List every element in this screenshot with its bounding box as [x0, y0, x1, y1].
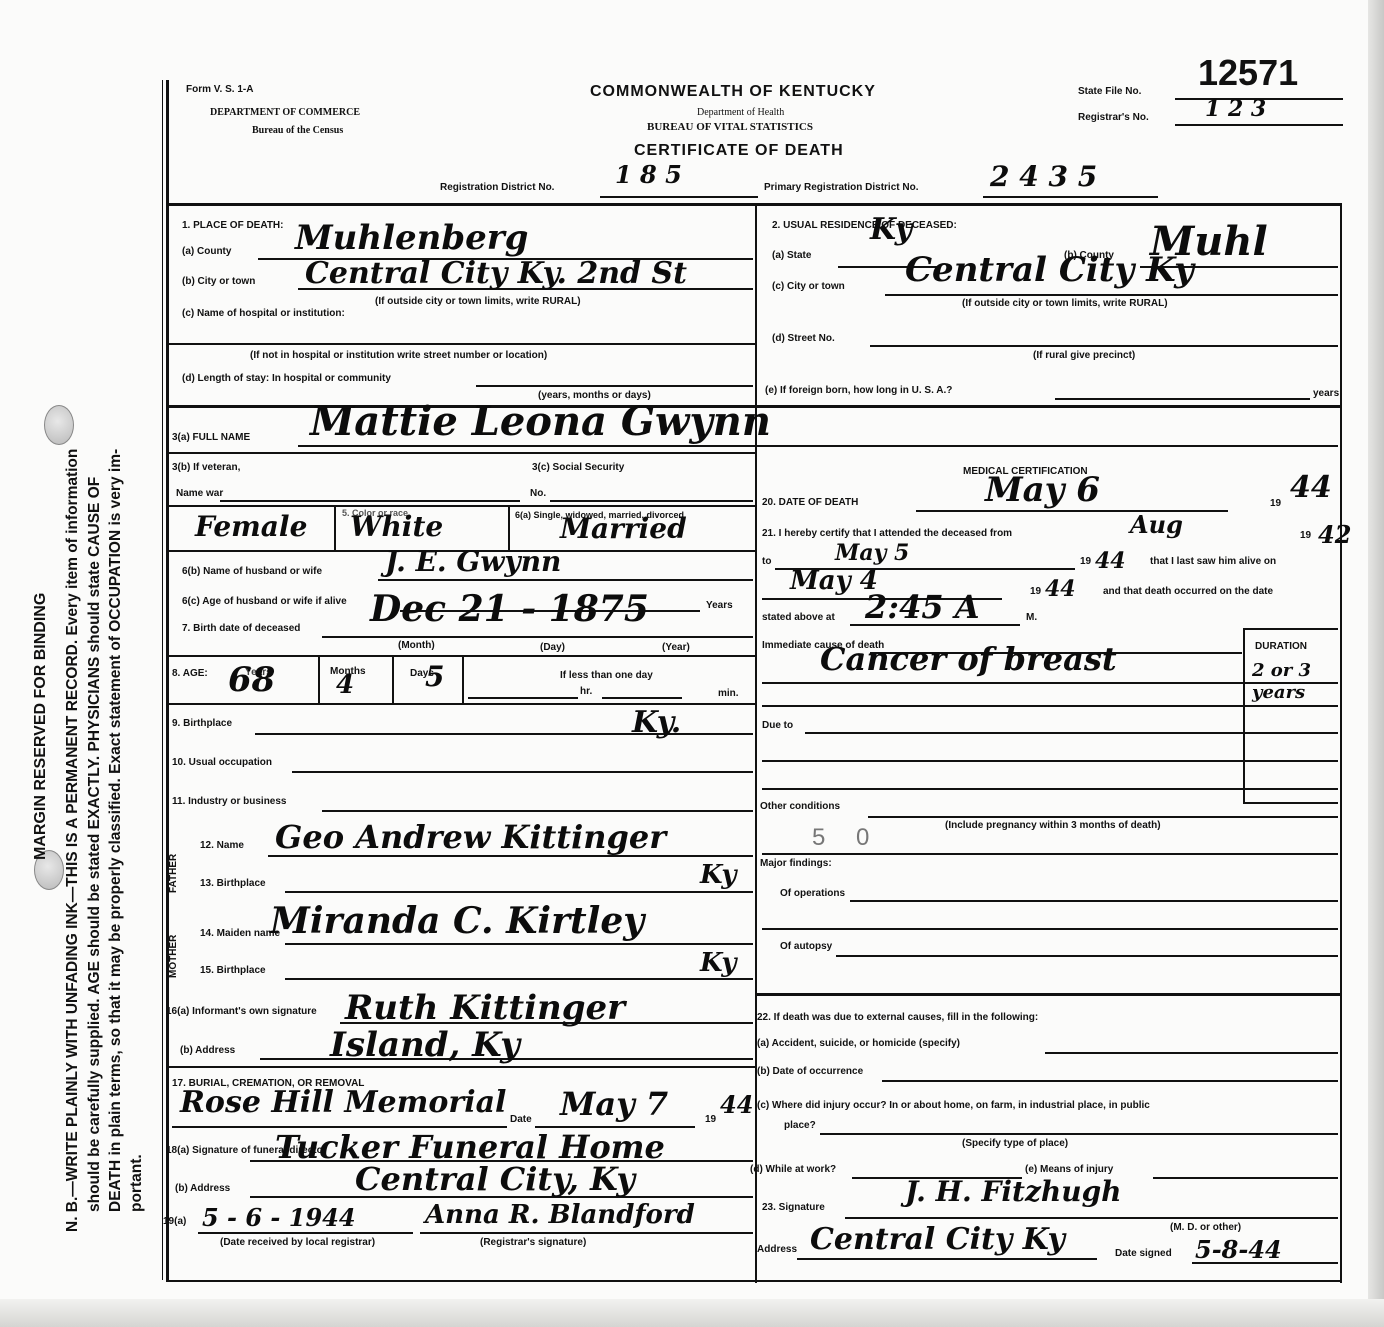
father-birthplace-label: 13. Birthplace: [200, 878, 266, 889]
margin-instruction-4: portant.: [128, 1154, 146, 1212]
registration-district-line: [600, 196, 758, 198]
father-birthplace-line: [285, 891, 753, 893]
foreign-born-label: (e) If foreign born, how long in U. S. A…: [765, 385, 952, 396]
full-name-line: [298, 445, 1338, 447]
full-name-value: Mattie Leona Gwynn: [310, 398, 771, 445]
bureau-census: Bureau of the Census: [252, 125, 343, 136]
margin-instruction-1: N. B.—WRITE PLAINLY WITH UNFADING INK—TH…: [64, 449, 82, 1232]
operations-line: [850, 900, 1338, 902]
street-number-note: (If rural give precinct): [1033, 350, 1135, 361]
father-name-value: Geo Andrew Kittinger: [275, 818, 666, 856]
attended-from-year: 42: [1318, 520, 1351, 549]
spouse-label: 6(b) Name of husband or wife: [182, 566, 322, 577]
marital-status-value: Married: [560, 512, 687, 545]
ss-number-label: No.: [530, 488, 546, 499]
bureau-vital-statistics: BUREAU OF VITAL STATISTICS: [647, 121, 813, 133]
spouse-age-unit: Years: [706, 600, 733, 611]
other-conditions-line: [868, 816, 1338, 818]
street-number-line: [870, 345, 1338, 347]
birth-month-caption: (Month): [398, 640, 435, 651]
physician-address-value: Central City Ky: [810, 1222, 1065, 1257]
md-note: (M. D. or other): [1170, 1222, 1241, 1233]
less-than-day-label: If less than one day: [560, 670, 653, 681]
section-divider: [755, 993, 1340, 996]
divider: [762, 853, 1338, 855]
physician-signature-value: J. H. Fitzhugh: [905, 1175, 1122, 1208]
occupation-line: [292, 771, 753, 773]
sex-value: Female: [195, 510, 307, 543]
birth-date-value: Dec 21 - 1875: [370, 588, 649, 630]
duration-value: 2 or 3 years: [1252, 660, 1342, 704]
margin-instruction-3: DEATH in plain terms, so that it may be …: [107, 449, 125, 1212]
frame-bottom: [166, 1280, 1340, 1282]
residence-city-value: Central City Ky: [905, 250, 1194, 290]
age-months-value: 4: [336, 670, 354, 700]
mother-birthplace-line: [285, 978, 753, 980]
due-to-line-2: [762, 760, 1338, 762]
ss-line: [550, 500, 753, 502]
residence-state-label: (a) State: [772, 250, 811, 261]
occurrence-date-label: (b) Date of occurrence: [757, 1066, 863, 1077]
spouse-value: J. E. Gwynn: [385, 545, 561, 578]
age-label: 8. AGE:: [172, 668, 208, 679]
page-edge-bottom: [0, 1299, 1384, 1327]
funeral-address-label: (b) Address: [175, 1183, 230, 1194]
attended-from-value: Aug: [1130, 510, 1183, 539]
autopsy-line: [836, 955, 1338, 957]
age-divider: [318, 655, 320, 703]
last-saw-year: 44: [1045, 576, 1076, 602]
stay-line: [476, 385, 753, 387]
burial-year-prefix: 19: [705, 1114, 716, 1125]
department-health: Department of Health: [697, 107, 784, 118]
other-conditions-note: (Include pregnancy within 3 months of de…: [945, 820, 1161, 831]
page-edge: [1368, 0, 1384, 1327]
birthplace-label: 9. Birthplace: [172, 718, 232, 729]
injury-place-label-2: place?: [784, 1120, 816, 1131]
birth-date-line: [322, 636, 753, 638]
primary-district-value: 2 4 3 5: [990, 160, 1097, 193]
city-value: Central City Ky. 2nd St: [305, 256, 687, 291]
frame-left: [166, 80, 169, 1280]
binding-margin-note: MARGIN RESERVED FOR BINDING: [32, 593, 50, 860]
state-name: COMMONWEALTH OF KENTUCKY: [590, 83, 876, 101]
injury-place-line: [820, 1133, 1338, 1135]
birth-year-caption: (Year): [662, 642, 690, 653]
street-number-label: (d) Street No.: [772, 333, 835, 344]
father-birthplace-value: Ky: [700, 860, 737, 890]
frame-left-inner: [162, 80, 163, 1280]
department-commerce: DEPARTMENT OF COMMERCE: [210, 107, 360, 118]
divider: [166, 452, 756, 454]
attended-to-value: May 5: [835, 540, 909, 566]
occupation-label: 10. Usual occupation: [172, 757, 272, 768]
operations-label: Of operations: [780, 888, 845, 899]
residence-city-label: (c) City or town: [772, 281, 845, 292]
color-divider: [508, 505, 510, 550]
due-to-line-3: [762, 788, 1338, 790]
hospital-label: (c) Name of hospital or institution:: [182, 308, 345, 319]
registration-district-label: Registration District No.: [440, 182, 554, 193]
state-file-number: 12571: [1198, 52, 1298, 94]
means-of-injury-line: [1153, 1177, 1338, 1179]
injury-place-label: (c) Where did injury occur? In or about …: [757, 1100, 1150, 1111]
date-received-label: 19(a): [163, 1216, 186, 1227]
date-signed-label: Date signed: [1115, 1248, 1172, 1259]
social-security-label: 3(c) Social Security: [532, 462, 624, 473]
foreign-born-line: [1055, 398, 1310, 400]
major-findings-label: Major findings:: [760, 858, 832, 869]
cause-line: [762, 705, 1338, 707]
primary-district-label: Primary Registration District No.: [764, 182, 918, 193]
min-line: [602, 697, 682, 699]
registrar-signature: Anna R. Blandford: [425, 1200, 695, 1230]
death-occurred-label: and that death occurred on the date: [1103, 586, 1273, 597]
residence-city-note: (If outside city or town limits, write R…: [962, 298, 1168, 309]
street-note: (If not in hospital or institution write…: [250, 350, 547, 361]
attended-to-label: to: [762, 556, 771, 567]
physician-signature-label: 23. Signature: [762, 1202, 825, 1213]
death-certificate: MARGIN RESERVED FOR BINDING N. B.—WRITE …: [0, 0, 1384, 1327]
attended-label: 21. I hereby certify that I attended the…: [762, 528, 1012, 539]
age-days-value: 5: [425, 660, 444, 693]
date-signed-value: 5-8-44: [1195, 1235, 1282, 1264]
birthplace-value: Ky.: [632, 705, 681, 740]
death-year-value: 44: [1290, 470, 1332, 505]
registrar-number-label: Registrar's No.: [1078, 112, 1149, 123]
residence-city-line: [885, 294, 1338, 296]
father-section-label: FATHER: [168, 854, 179, 893]
burial-year-value: 44: [720, 1090, 753, 1119]
due-to-line: [805, 732, 1338, 734]
external-causes-label: 22. If death was due to external causes,…: [757, 1012, 1038, 1023]
age-divider: [392, 655, 394, 703]
industry-line: [322, 810, 753, 812]
color-value: White: [350, 510, 443, 543]
residence-state-value: Ky: [870, 212, 912, 247]
attended-to-year: 44: [1095, 548, 1126, 574]
primary-district-line: [983, 196, 1158, 198]
due-to-label: Due to: [762, 720, 793, 731]
place-of-death-title: 1. PLACE OF DEATH:: [182, 220, 283, 231]
burial-date-label: Date: [510, 1114, 532, 1125]
veteran-label: 3(b) If veteran,: [172, 462, 240, 473]
duration-box-border: [1243, 628, 1245, 803]
full-name-label: 3(a) FULL NAME: [172, 432, 250, 443]
hr-label: hr.: [580, 686, 592, 697]
hr-line: [468, 697, 578, 699]
physician-address-line: [797, 1258, 1097, 1260]
war-line: [220, 500, 520, 502]
injury-place-note: (Specify type of place): [962, 1138, 1068, 1149]
registration-district-value: 1 8 5: [615, 160, 682, 189]
age-divider: [462, 655, 464, 703]
duration-box-bottom: [1243, 802, 1338, 804]
city-note: (If outside city or town limits, write R…: [375, 296, 581, 307]
section-divider: [166, 343, 756, 345]
occurrence-date-line: [882, 1080, 1338, 1082]
spouse-age-label: 6(c) Age of husband or wife if alive: [182, 596, 347, 607]
mother-name-label: 14. Maiden name: [200, 928, 280, 939]
war-label: Name war: [176, 488, 223, 499]
date-of-death-value: May 6: [985, 470, 1100, 510]
means-of-injury-label: (e) Means of injury: [1025, 1164, 1113, 1175]
registrar-number-line: [1175, 124, 1343, 126]
attended-from-year-prefix: 19: [1300, 530, 1311, 541]
mother-name-line: [285, 943, 753, 945]
duration-label: DURATION: [1255, 641, 1307, 652]
sex-divider: [334, 505, 336, 550]
industry-label: 11. Industry or business: [172, 796, 286, 807]
city-label: (b) City or town: [182, 276, 255, 287]
burial-date-value: May 7: [560, 1085, 668, 1123]
divider: [166, 1066, 756, 1068]
operations-line-2: [762, 928, 1338, 930]
foreign-born-unit: years: [1313, 388, 1339, 399]
residence-title: 2. USUAL RESIDENCE OF DECEASED:: [772, 220, 957, 231]
father-name-label: 12. Name: [200, 840, 244, 851]
informant-value: Ruth Kittinger: [345, 988, 625, 1028]
date-received-value: 5 - 6 - 1944: [202, 1203, 356, 1232]
at-work-label: (d) While at work?: [750, 1164, 836, 1175]
mother-name-value: Miranda C. Kirtley: [270, 900, 644, 942]
frame-right: [1340, 203, 1342, 1283]
informant-address-value: Island, Ky: [330, 1025, 520, 1065]
informant-label: 16(a) Informant's own signature: [166, 1006, 317, 1017]
length-of-stay-label: (d) Length of stay: In hospital or commu…: [182, 373, 391, 384]
immediate-cause-value: Cancer of breast: [820, 640, 1117, 678]
duration-box-top: [1243, 628, 1338, 630]
registrar-number-value: 1 2 3: [1205, 96, 1266, 122]
spouse-line: [378, 579, 753, 581]
death-year-prefix: 19: [1270, 498, 1281, 509]
mother-birthplace-value: Ky: [700, 948, 737, 978]
funeral-address-value: Central City, Ky: [355, 1160, 635, 1198]
date-received-caption: (Date received by local registrar): [220, 1237, 375, 1248]
county-label: (a) County: [182, 246, 231, 257]
min-label: min.: [718, 688, 739, 699]
document-title: CERTIFICATE OF DEATH: [634, 142, 844, 160]
accident-label: (a) Accident, suicide, or homicide (spec…: [757, 1038, 960, 1049]
header-divider: [166, 203, 1340, 206]
burial-place-value: Rose Hill Memorial: [180, 1085, 506, 1120]
column-divider: [755, 203, 757, 1283]
last-saw-year-prefix: 19: [1030, 586, 1041, 597]
physician-signature-line: [845, 1217, 1338, 1219]
pencil-code-mark: 5 0: [812, 824, 881, 852]
physician-address-label: Address: [757, 1244, 797, 1255]
birth-date-label: 7. Birth date of deceased: [182, 623, 300, 634]
informant-address-label: (b) Address: [180, 1045, 235, 1056]
date-received-line: [198, 1232, 413, 1234]
birth-day-caption: (Day): [540, 642, 565, 653]
divider: [166, 505, 756, 507]
time-meridiem-label: M.: [1026, 612, 1037, 623]
form-number: Form V. S. 1-A: [186, 84, 253, 95]
registrar-signature-caption: (Registrar's signature): [480, 1237, 586, 1248]
accident-line: [1045, 1052, 1338, 1054]
attended-to-year-prefix: 19: [1080, 556, 1091, 567]
date-of-death-label: 20. DATE OF DEATH: [762, 497, 858, 508]
county-value: Muhlenberg: [295, 218, 528, 258]
time-of-death-value: 2:45 A: [865, 588, 980, 626]
autopsy-label: Of autopsy: [780, 941, 832, 952]
last-saw-label: that I last saw him alive on: [1150, 556, 1276, 567]
divider: [166, 655, 756, 657]
other-conditions-label: Other conditions: [760, 801, 840, 812]
margin-instruction-2: should be carefully supplied. AGE should…: [86, 477, 104, 1212]
binding-hole-top: [44, 405, 74, 445]
mother-birthplace-label: 15. Birthplace: [200, 965, 266, 976]
stated-above-label: stated above at: [762, 612, 835, 623]
state-file-label: State File No.: [1078, 86, 1141, 97]
registrar-signature-line: [420, 1232, 753, 1234]
age-years-value: 68: [228, 660, 275, 700]
mother-section-label: MOTHER: [168, 935, 179, 978]
